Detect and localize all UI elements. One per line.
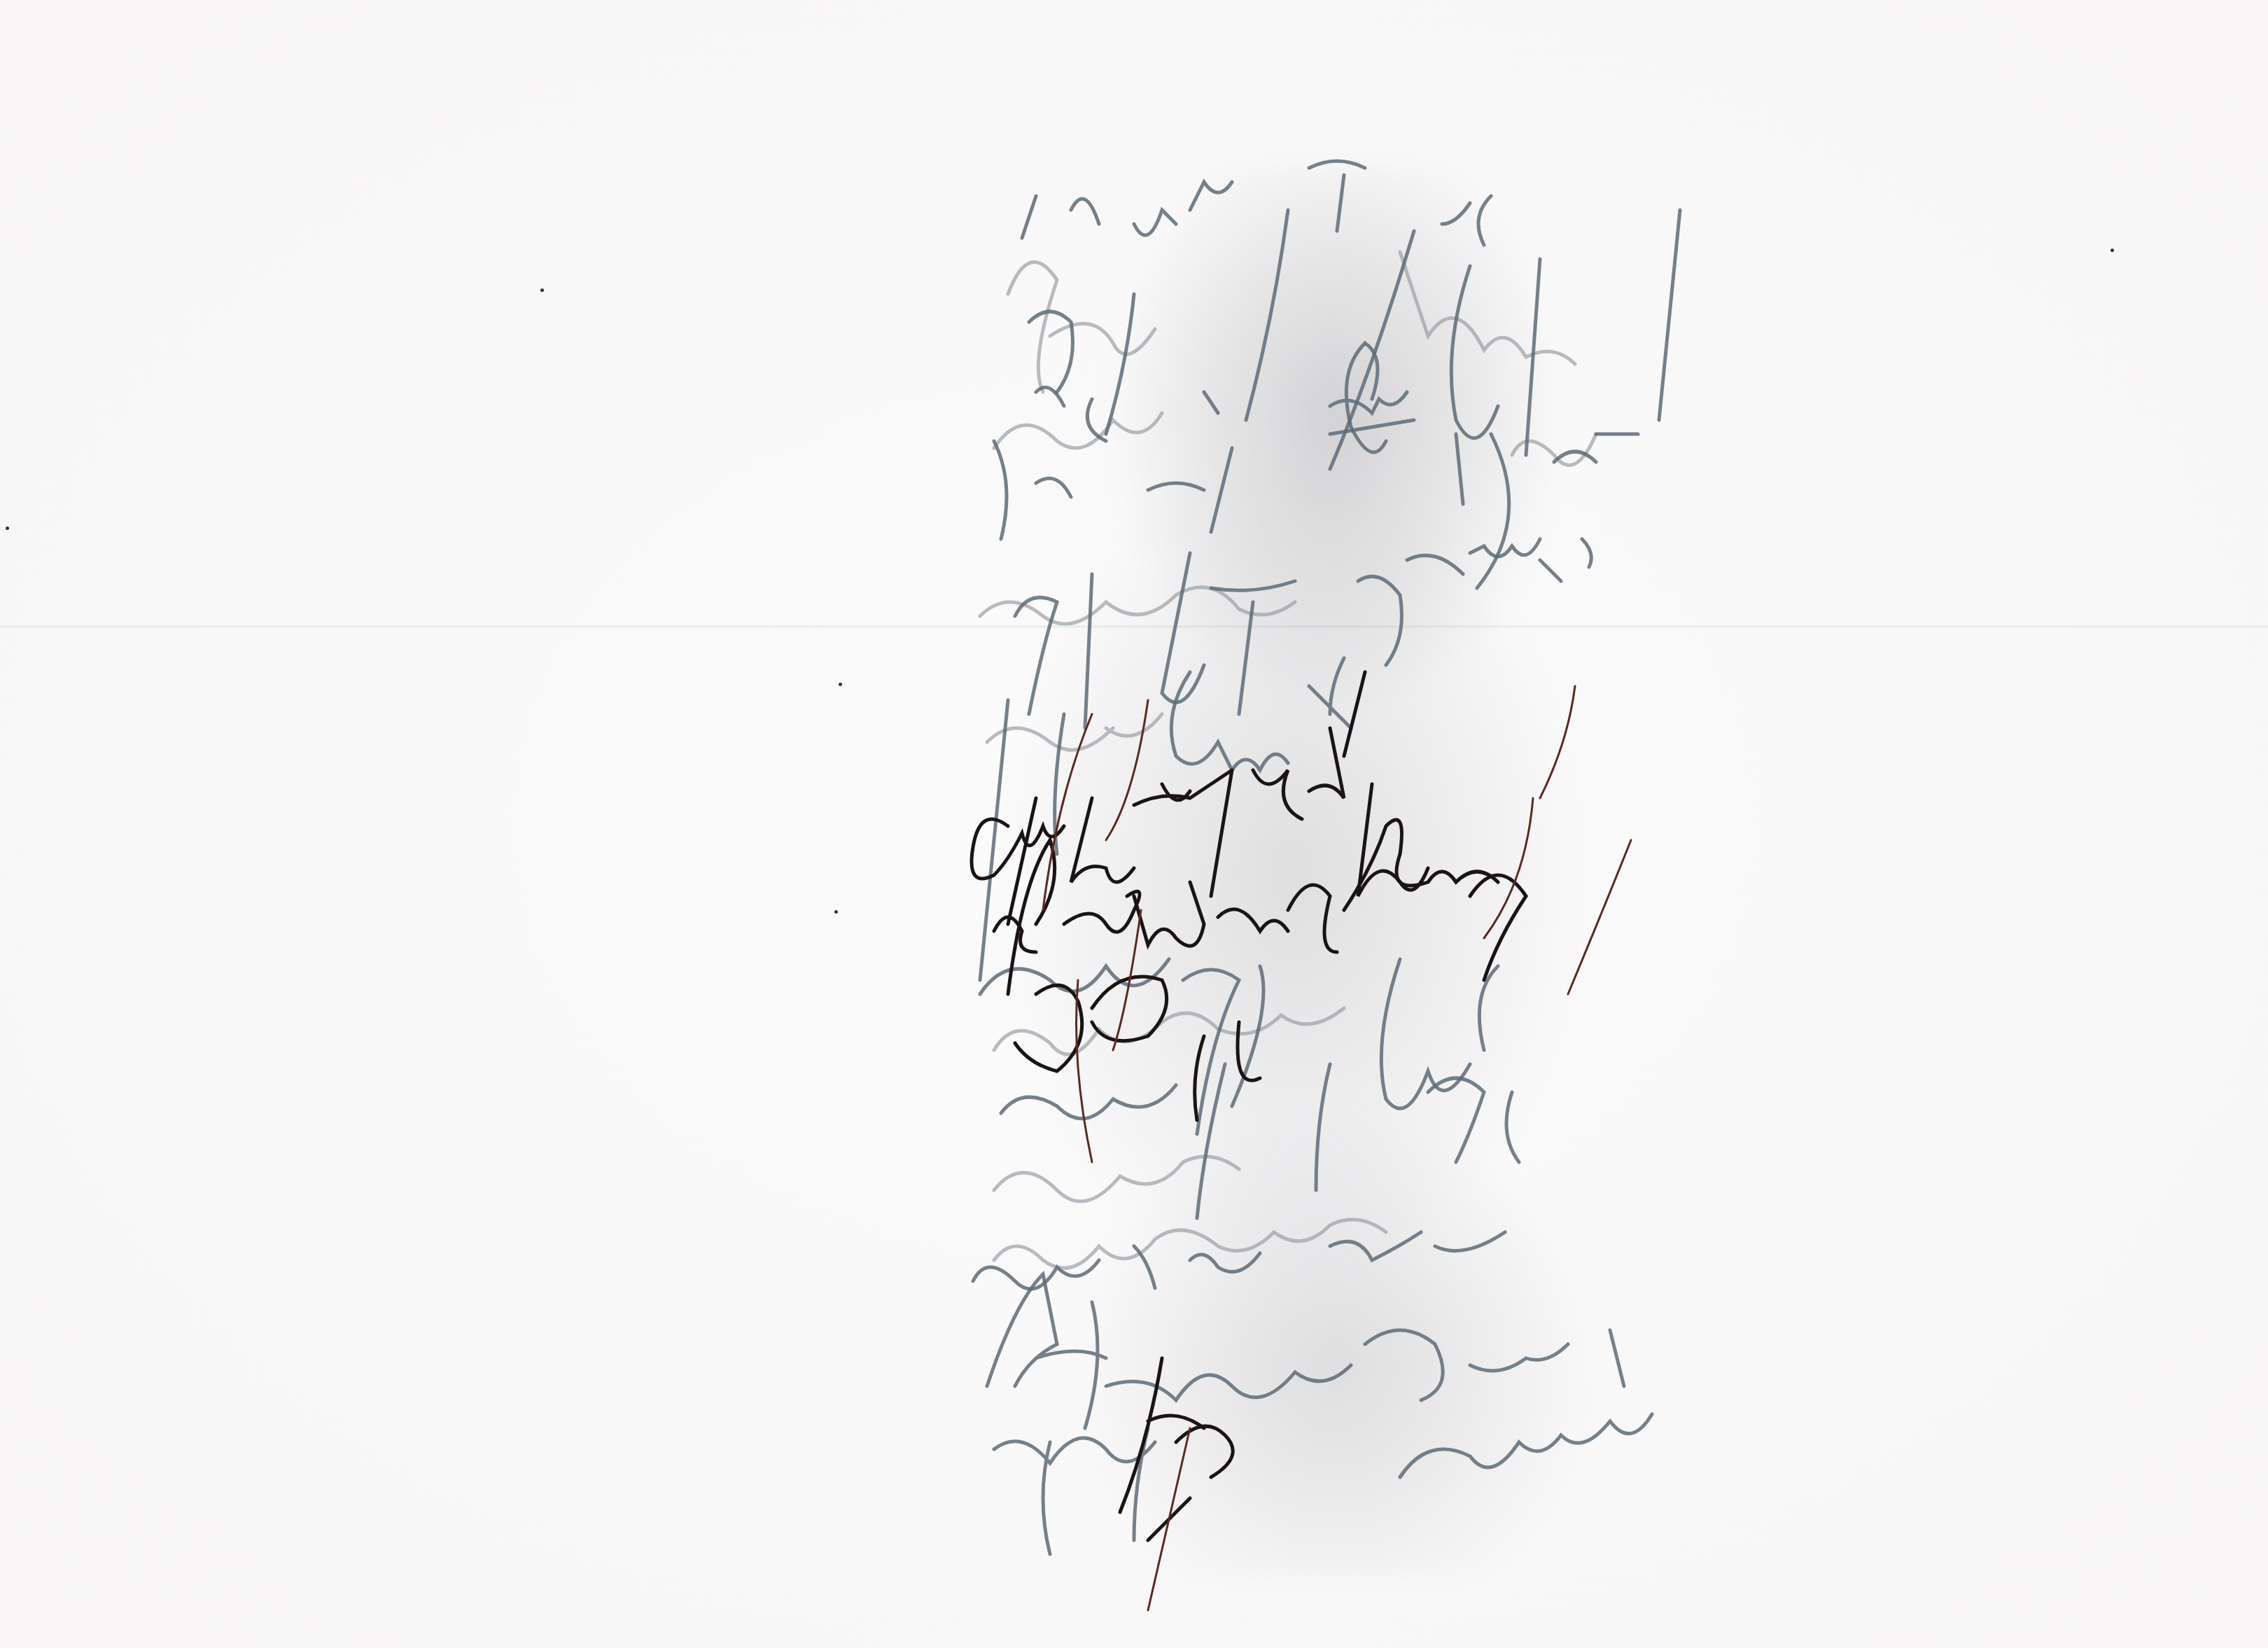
graphite-writing [973, 161, 1680, 1554]
brown-ink-writing [1043, 686, 1631, 1610]
handwriting-layers [0, 0, 2268, 1648]
